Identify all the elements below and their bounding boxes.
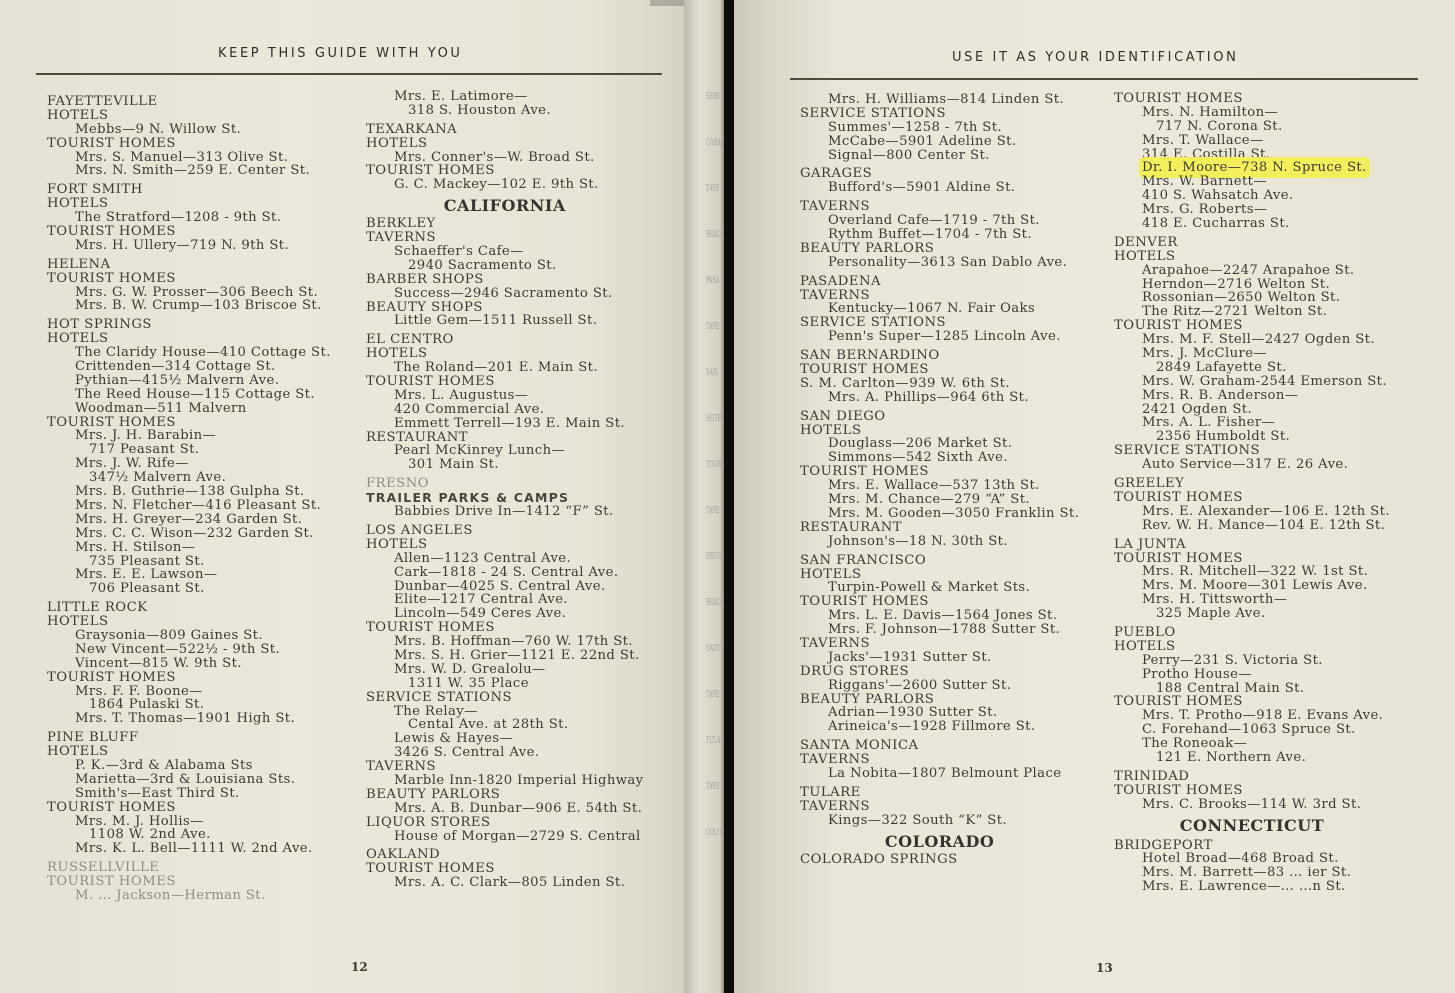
line-text: Mrs. W. D. Grealolu— bbox=[394, 662, 546, 677]
line-text: TRINIDAD bbox=[1114, 769, 1189, 784]
listing-entry: Mrs. T. Thomas—1901 High St. bbox=[47, 712, 331, 726]
line-text: Mrs. H. Stilson— bbox=[75, 540, 195, 555]
line-text: Pearl McKinrey Lunch— bbox=[394, 443, 565, 458]
line-text: BRIDGEPORT bbox=[1114, 838, 1213, 853]
line-text: Mrs. A. Phillips—964 6th St. bbox=[828, 390, 1029, 405]
category-heading: TOURIST HOMES bbox=[366, 621, 644, 635]
line-text: Mrs. G. W. Prosser—306 Beech St. bbox=[75, 285, 318, 300]
line-text: Mrs. C. C. Wison—232 Garden St. bbox=[75, 526, 314, 541]
right-column-1: Mrs. H. Williams—814 Linden St.SERVICE S… bbox=[800, 93, 1079, 866]
line-text: LA JUNTA bbox=[1114, 537, 1186, 552]
category-heading: TAVERNS bbox=[800, 753, 1079, 767]
city-heading: TULARE bbox=[800, 786, 1079, 800]
category-heading: TAVERNS bbox=[366, 760, 644, 774]
listing-entry: Vincent—815 W. 9th St. bbox=[47, 657, 331, 671]
bleed-word: TAVE bbox=[706, 320, 723, 335]
listing-entry: Jacks'—1931 Sutter St. bbox=[800, 651, 1079, 665]
category-heading: TOURIST HOMES bbox=[47, 801, 331, 815]
listing-entry: Mrs. N. Hamilton— bbox=[1114, 106, 1390, 120]
listing-entry: New Vincent—522½ - 9th St. bbox=[47, 643, 331, 657]
listing-entry: Rev. W. H. Mance—104 E. 12th St. bbox=[1114, 519, 1390, 533]
line-text: Kentucky—1067 N. Fair Oaks bbox=[828, 301, 1035, 316]
line-text: SANTA MONICA bbox=[800, 738, 919, 753]
category-heading: TOURIST HOMES bbox=[47, 875, 331, 889]
listing-entry: Mrs. J. H. Barabin— bbox=[47, 429, 331, 443]
listing-entry: Mrs. H. Williams—814 Linden St. bbox=[800, 93, 1079, 107]
listing-entry: Kentucky—1067 N. Fair Oaks bbox=[800, 302, 1079, 316]
line-text: Mrs. Conner's—W. Broad St. bbox=[394, 150, 595, 165]
line-text: Mrs. J. H. Barabin— bbox=[75, 428, 216, 443]
city-heading: BRIDGEPORT bbox=[1114, 839, 1390, 853]
listing-entry: Crittenden—314 Cottage St. bbox=[47, 360, 331, 374]
line-text: Mrs. L. E. Davis—1564 Jones St. bbox=[828, 608, 1057, 623]
line-text: TOURIST HOMES bbox=[1114, 91, 1243, 106]
line-text: Mrs. T. Protho—918 E. Evans Ave. bbox=[1142, 708, 1383, 723]
line-text: FORT SMITH bbox=[47, 182, 143, 197]
line-text: HOTELS bbox=[800, 567, 862, 582]
listing-entry: The Roneoak— bbox=[1114, 737, 1390, 751]
line-text: COLORADO SPRINGS bbox=[800, 852, 958, 867]
listing-entry: Mrs. A. C. Clark—805 Linden St. bbox=[366, 876, 644, 890]
listing-entry: Mrs. J. McClure— bbox=[1114, 347, 1390, 361]
line-text: 188 Central Main St. bbox=[1156, 681, 1304, 696]
bleed-word: PASA bbox=[706, 274, 723, 289]
category-heading: HOTELS bbox=[366, 137, 644, 151]
category-heading: HOTELS bbox=[47, 109, 331, 123]
listing-entry: Arineica's—1928 Fillmore St. bbox=[800, 720, 1079, 734]
listing-entry: Douglass—206 Market St. bbox=[800, 437, 1079, 451]
listing-entry: Perry—231 S. Victoria St. bbox=[1114, 654, 1390, 668]
line-text: Rev. W. H. Mance—104 E. 12th St. bbox=[1142, 518, 1385, 533]
left-column-2: Mrs. E. Latimore—318 S. Houston Ave.TEXA… bbox=[366, 90, 644, 890]
listing-entry: The Reed House—115 Cottage St. bbox=[47, 388, 331, 402]
line-text: Mrs. K. L. Bell—1111 W. 2nd Ave. bbox=[75, 841, 313, 856]
line-text: DENVER bbox=[1114, 235, 1178, 250]
line-text: The Relay— bbox=[394, 704, 478, 719]
category-heading: HOTELS bbox=[366, 538, 644, 552]
line-text: Mrs. A. L. Fisher— bbox=[1142, 415, 1275, 430]
line-text: Personality—3613 San Dablo Ave. bbox=[828, 255, 1067, 270]
left-page: KEEP THIS GUIDE WITH YOU FAYETTEVILLEHOT… bbox=[0, 0, 724, 993]
line-text: Lincoln—549 Ceres Ave. bbox=[394, 606, 566, 621]
city-heading: PASADENA bbox=[800, 275, 1079, 289]
line-text: TULARE bbox=[800, 785, 861, 800]
listing-entry: Lincoln—549 Ceres Ave. bbox=[366, 607, 644, 621]
category-heading: TOURIST HOMES bbox=[47, 137, 331, 151]
listing-entry: Success—2946 Sacramento St. bbox=[366, 287, 644, 301]
line-text: TAVERNS bbox=[366, 759, 436, 774]
gutter-gap bbox=[724, 0, 734, 993]
listing-entry: Schaeffer's Cafe— bbox=[366, 245, 644, 259]
line-text: LOS ANGELES bbox=[366, 523, 473, 538]
line-text: SERVICE STATIONS bbox=[1114, 443, 1260, 458]
bleed-word: COLO bbox=[706, 826, 723, 841]
listing-entry: Dunbar—4025 S. Central Ave. bbox=[366, 580, 644, 594]
line-text: Mrs. B. Guthrie—138 Gulpha St. bbox=[75, 484, 305, 499]
line-text: BERKLEY bbox=[366, 216, 436, 231]
line-text: HOTELS bbox=[1114, 249, 1176, 264]
line-text: PASADENA bbox=[800, 274, 881, 289]
line-text: Douglass—206 Market St. bbox=[828, 436, 1012, 451]
city-heading: GREELEY bbox=[1114, 477, 1390, 491]
city-heading: FORT SMITH bbox=[47, 183, 331, 197]
listing-entry: Mrs. E. E. Lawson— bbox=[47, 568, 331, 582]
listing-entry: 410 S. Wahsatch Ave. bbox=[1114, 189, 1390, 203]
listing-address: 2356 Humboldt St. bbox=[1114, 430, 1390, 444]
listing-entry: Johnson's—18 N. 30th St. bbox=[800, 535, 1079, 549]
line-text: HOTELS bbox=[47, 331, 109, 346]
bleed-word: SANT bbox=[706, 642, 723, 657]
category-heading: TOURIST HOMES bbox=[366, 375, 644, 389]
line-text: Mrs. H. Tittsworth— bbox=[1142, 592, 1287, 607]
line-text: BEAUTY PARLORS bbox=[800, 241, 934, 256]
listing-address: 347½ Malvern Ave. bbox=[47, 471, 331, 485]
category-heading: DRUG STORES bbox=[800, 665, 1079, 679]
city-heading: EL CENTRO bbox=[366, 333, 644, 347]
category-heading: TRAILER PARKS & CAMPS bbox=[366, 491, 644, 505]
running-head-right: USE IT AS YOUR IDENTIFICATION bbox=[952, 50, 1238, 65]
category-heading: TOURIST HOMES bbox=[1114, 491, 1390, 505]
listing-entry: Mrs. F. Johnson—1788 Sutter St. bbox=[800, 623, 1079, 637]
header-rule-left bbox=[36, 73, 662, 75]
line-text: Adrian—1930 Sutter St. bbox=[828, 705, 998, 720]
bleed-word: BEAU bbox=[706, 228, 723, 243]
line-text: TOURIST HOMES bbox=[366, 620, 495, 635]
line-text: TOURIST HOMES bbox=[1114, 318, 1243, 333]
line-text: TOURIST HOMES bbox=[47, 224, 176, 239]
line-text: Mrs. M. F. Stell—2427 Ogden St. bbox=[1142, 332, 1375, 347]
listing-address: 188 Central Main St. bbox=[1114, 682, 1390, 696]
city-heading: PINE BLUFF bbox=[47, 731, 331, 745]
line-text: Mrs. E. Lawrence—… …n St. bbox=[1142, 879, 1346, 894]
listing-entry: Marble Inn-1820 Imperial Highway bbox=[366, 774, 644, 788]
line-text: Vincent—815 W. 9th St. bbox=[75, 656, 242, 671]
line-text: Herndon—2716 Welton St. bbox=[1142, 277, 1330, 292]
line-text: Mrs. B. Hoffman—760 W. 17th St. bbox=[394, 634, 633, 649]
line-text: McCabe—5901 Adeline St. bbox=[828, 134, 1016, 149]
line-text: Mrs. B. W. Crump—103 Briscoe St. bbox=[75, 298, 322, 313]
line-text: GARAGES bbox=[800, 166, 872, 181]
line-text: 301 Main St. bbox=[408, 457, 499, 472]
category-heading: HOTELS bbox=[1114, 640, 1390, 654]
line-text: Dunbar—4025 S. Central Ave. bbox=[394, 579, 606, 594]
line-text: Penn's Super—1285 Lincoln Ave. bbox=[828, 329, 1061, 344]
line-text: Success—2946 Sacramento St. bbox=[394, 286, 613, 301]
listing-entry: M. … Jackson—Herman St. bbox=[47, 889, 331, 903]
line-text: HOTELS bbox=[47, 108, 109, 123]
line-text: Mrs. G. Roberts— bbox=[1142, 202, 1267, 217]
line-text: 1311 W. 35 Place bbox=[408, 676, 529, 691]
line-text: Mrs. W. Barnett— bbox=[1142, 174, 1267, 189]
category-heading: TOURIST HOMES bbox=[47, 671, 331, 685]
line-text: Mrs. E. Latimore— bbox=[394, 89, 528, 104]
line-text: The Roneoak— bbox=[1142, 736, 1247, 751]
listing-entry: Mrs. E. Alexander—106 E. 12th St. bbox=[1114, 505, 1390, 519]
line-text: Turpin-Powell & Market Sts. bbox=[828, 580, 1030, 595]
state-heading: CONNECTICUT bbox=[1114, 817, 1390, 834]
line-text: PINE BLUFF bbox=[47, 730, 139, 745]
listing-entry: Pearl McKinrey Lunch— bbox=[366, 444, 644, 458]
listing-address: 325 Maple Ave. bbox=[1114, 607, 1390, 621]
line-text: Marble Inn-1820 Imperial Highway bbox=[394, 773, 644, 788]
line-text: RESTAURANT bbox=[800, 520, 902, 535]
listing-entry: Pythian—415½ Malvern Ave. bbox=[47, 374, 331, 388]
listing-entry: Mrs. L. Augustus— bbox=[366, 389, 644, 403]
line-text: HOTELS bbox=[1114, 639, 1176, 654]
listing-entry: Mrs. K. L. Bell—1111 W. 2nd Ave. bbox=[47, 842, 331, 856]
line-text: Mrs. M. Barrett—83 … ier St. bbox=[1142, 865, 1351, 880]
line-text: TAVERNS bbox=[800, 799, 870, 814]
bleed-word: SAN bbox=[706, 366, 723, 381]
city-heading: HELENA bbox=[47, 258, 331, 272]
line-text: Babbies Drive In—1412 “F” St. bbox=[394, 504, 614, 519]
listing-entry: Mrs. H. Ullery—719 N. 9th St. bbox=[47, 239, 331, 253]
line-text: Hotel Broad—468 Broad St. bbox=[1142, 851, 1339, 866]
line-text: SAN FRANCISCO bbox=[800, 553, 926, 568]
line-text: Pythian—415½ Malvern Ave. bbox=[75, 373, 279, 388]
line-text: 410 S. Wahsatch Ave. bbox=[1142, 188, 1294, 203]
line-text: Mrs. H. Greyer—234 Garden St. bbox=[75, 512, 302, 527]
line-text: Marietta—3rd & Louisiana Sts. bbox=[75, 772, 295, 787]
city-heading: OAKLAND bbox=[366, 848, 644, 862]
listing-entry: Mrs. C. C. Wison—232 Garden St. bbox=[47, 527, 331, 541]
listing-entry: The Ritz—2721 Welton St. bbox=[1114, 305, 1390, 319]
listing-entry: Mrs. B. Guthrie—138 Gulpha St. bbox=[47, 485, 331, 499]
listing-entry: Little Gem—1511 Russell St. bbox=[366, 314, 644, 328]
bleed-word: TAVE bbox=[706, 688, 723, 703]
line-text: TAVERNS bbox=[800, 288, 870, 303]
line-text: HOT SPRINGS bbox=[47, 317, 152, 332]
category-heading: BEAUTY PARLORS bbox=[800, 693, 1079, 707]
listing-address: 1311 W. 35 Place bbox=[366, 677, 644, 691]
line-text: Mrs. E. E. Lawson— bbox=[75, 567, 217, 582]
listing-entry: Protho House— bbox=[1114, 668, 1390, 682]
listing-entry: Bufford's—5901 Aldine St. bbox=[800, 181, 1079, 195]
city-heading: SAN FRANCISCO bbox=[800, 554, 1079, 568]
category-heading: BEAUTY PARLORS bbox=[366, 788, 644, 802]
listing-entry: The Claridy House—410 Cottage St. bbox=[47, 346, 331, 360]
listing-entry: Simmons—542 Sixth Ave. bbox=[800, 451, 1079, 465]
listing-entry: Riggans'—2600 Sutter St. bbox=[800, 679, 1079, 693]
line-text: Mrs. M. J. Hollis— bbox=[75, 814, 204, 829]
line-text: LITTLE ROCK bbox=[47, 600, 148, 615]
category-heading: TOURIST HOMES bbox=[1114, 319, 1390, 333]
left-column-1: FAYETTEVILLEHOTELSMebbs—9 N. Willow St.T… bbox=[47, 90, 331, 903]
bleed-word: TAVE bbox=[706, 182, 723, 197]
line-text: Rossonian—2650 Welton St. bbox=[1142, 290, 1340, 305]
line-text: TOURIST HOMES bbox=[1114, 551, 1243, 566]
listing-entry: Mrs. F. F. Boone— bbox=[47, 685, 331, 699]
city-heading: FRESNO bbox=[366, 477, 644, 491]
line-text: Mrs. N. Hamilton— bbox=[1142, 105, 1278, 120]
line-text: HOTELS bbox=[47, 614, 109, 629]
listing-entry: House of Morgan—2729 S. Central bbox=[366, 830, 644, 844]
line-text: TEXARKANA bbox=[366, 122, 457, 137]
line-text: Mrs. J. McClure— bbox=[1142, 346, 1267, 361]
listing-address: 2940 Sacramento St. bbox=[366, 259, 644, 273]
bleed-word: GARA bbox=[706, 136, 723, 151]
right-column-2: TOURIST HOMESMrs. N. Hamilton—717 N. Cor… bbox=[1114, 92, 1390, 894]
line-text: SERVICE STATIONS bbox=[366, 690, 512, 705]
listing-entry: Hotel Broad—468 Broad St. bbox=[1114, 852, 1390, 866]
listing-entry: Mrs. A. Phillips—964 6th St. bbox=[800, 391, 1079, 405]
line-text: Protho House— bbox=[1142, 667, 1252, 682]
listing-entry: Babbies Drive In—1412 “F” St. bbox=[366, 505, 644, 519]
line-text: HOTELS bbox=[366, 136, 428, 151]
line-text: TOURIST HOMES bbox=[800, 594, 929, 609]
listing-entry: Lewis & Hayes— bbox=[366, 732, 644, 746]
listing-address: 717 N. Corona St. bbox=[1114, 120, 1390, 134]
listing-entry: Mrs. G. W. Prosser—306 Beech St. bbox=[47, 286, 331, 300]
line-text: Mrs. S. H. Grier—1121 E. 22nd St. bbox=[394, 648, 640, 663]
city-heading: HOT SPRINGS bbox=[47, 318, 331, 332]
listing-entry: Mrs. H. Stilson— bbox=[47, 541, 331, 555]
line-text: Schaeffer's Cafe— bbox=[394, 244, 524, 259]
city-heading: RUSSELLVILLE bbox=[47, 861, 331, 875]
category-heading: RESTAURANT bbox=[366, 431, 644, 445]
line-text: Dr. I. Moore—738 N. Spruce St. bbox=[1142, 160, 1367, 175]
line-text: TOURIST HOMES bbox=[800, 464, 929, 479]
listing-entry: Arapahoe—2247 Arapahoe St. bbox=[1114, 264, 1390, 278]
listing-entry: Rythm Buffet—1704 - 7th St. bbox=[800, 228, 1079, 242]
listing-entry: Mrs. R. B. Anderson— bbox=[1114, 389, 1390, 403]
line-text: Mrs. M. Gooden—3050 Franklin St. bbox=[828, 506, 1079, 521]
category-heading: TOURIST HOMES bbox=[800, 465, 1079, 479]
line-text: Crittenden—314 Cottage St. bbox=[75, 359, 276, 374]
category-heading: BEAUTY SHOPS bbox=[366, 301, 644, 315]
line-text: TOURIST HOMES bbox=[47, 415, 176, 430]
listing-entry: Penn's Super—1285 Lincoln Ave. bbox=[800, 330, 1079, 344]
line-text: FAYETTEVILLE bbox=[47, 94, 158, 109]
line-text: 2421 Ogden St. bbox=[1142, 402, 1252, 417]
line-text: Bufford's—5901 Aldine St. bbox=[828, 180, 1015, 195]
listing-entry: Mrs. S. H. Grier—1121 E. 22nd St. bbox=[366, 649, 644, 663]
header-rule-right bbox=[790, 78, 1418, 80]
state-heading: COLORADO bbox=[800, 833, 1079, 850]
line-text: TOURIST HOMES bbox=[366, 163, 495, 178]
line-text: 418 E. Cucharras St. bbox=[1142, 216, 1290, 231]
listing-entry: 420 Commercial Ave. bbox=[366, 403, 644, 417]
line-text: Graysonia—809 Gaines St. bbox=[75, 628, 263, 643]
category-heading: TOURIST HOMES bbox=[1114, 552, 1390, 566]
city-heading: TEXARKANA bbox=[366, 123, 644, 137]
bleed-word: DRUG bbox=[706, 550, 723, 565]
line-text: 121 E. Northern Ave. bbox=[1156, 750, 1306, 765]
line-text: The Stratford—1208 - 9th St. bbox=[75, 210, 281, 225]
line-text: 2940 Sacramento St. bbox=[408, 258, 557, 273]
listing-entry: Herndon—2716 Welton St. bbox=[1114, 278, 1390, 292]
listing-address: Cental Ave. at 28th St. bbox=[366, 718, 644, 732]
listing-entry: Mrs. L. E. Davis—1564 Jones St. bbox=[800, 609, 1079, 623]
line-text: The Roland—201 E. Main St. bbox=[394, 360, 598, 375]
category-heading: BEAUTY PARLORS bbox=[800, 242, 1079, 256]
line-text: Cark—1818 - 24 S. Central Ave. bbox=[394, 565, 618, 580]
line-text: 1108 W. 2nd Ave. bbox=[89, 827, 211, 842]
line-text: Mrs. A. B. Dunbar—906 E. 54th St. bbox=[394, 801, 642, 816]
category-heading: TOURIST HOMES bbox=[47, 272, 331, 286]
line-text: Mrs. H. Williams—814 Linden St. bbox=[828, 92, 1064, 107]
line-text: The Reed House—115 Cottage St. bbox=[75, 387, 315, 402]
city-heading: FAYETTEVILLE bbox=[47, 95, 331, 109]
category-heading: COLORADO SPRINGS bbox=[800, 853, 1079, 867]
listing-entry: Mrs. B. W. Crump—103 Briscoe St. bbox=[47, 299, 331, 313]
highlighted-listing: Dr. I. Moore—738 N. Spruce St. bbox=[1114, 161, 1390, 175]
listing-entry: Kings—322 South “K” St. bbox=[800, 814, 1079, 828]
line-text: COLORADO bbox=[885, 832, 994, 851]
listing-address: 2849 Lafayette St. bbox=[1114, 361, 1390, 375]
line-text: PUEBLO bbox=[1114, 625, 1176, 640]
line-text: Mrs. F. F. Boone— bbox=[75, 684, 203, 699]
line-text: SAN DIEGO bbox=[800, 409, 886, 424]
bleed-word: TAVE bbox=[706, 780, 723, 795]
category-heading: TAVERNS bbox=[800, 200, 1079, 214]
line-text: Smith's—East Third St. bbox=[75, 786, 240, 801]
listing-address: 1864 Pulaski St. bbox=[47, 698, 331, 712]
category-heading: BERKLEY bbox=[366, 217, 644, 231]
line-text: 2849 Lafayette St. bbox=[1156, 360, 1287, 375]
line-text: C. Forehand—1063 Spruce St. bbox=[1142, 722, 1356, 737]
listing-entry: Emmett Terrell—193 E. Main St. bbox=[366, 417, 644, 431]
line-text: Mrs. M. Moore—301 Lewis Ave. bbox=[1142, 578, 1368, 593]
line-text: Mrs. M. Chance—279 “A” St. bbox=[828, 492, 1030, 507]
line-text: TOURIST HOMES bbox=[1114, 783, 1243, 798]
line-text: Johnson's—18 N. 30th St. bbox=[828, 534, 1008, 549]
city-heading: SAN BERNARDINO bbox=[800, 349, 1079, 363]
line-text: FRESNO bbox=[366, 476, 429, 491]
line-text: 325 Maple Ave. bbox=[1156, 606, 1265, 621]
line-text: S. M. Carlton—939 W. 6th St. bbox=[800, 376, 1010, 391]
line-text: Mrs. R. B. Anderson— bbox=[1142, 388, 1298, 403]
running-head-left: KEEP THIS GUIDE WITH YOU bbox=[218, 46, 463, 61]
line-text: Mrs. L. Augustus— bbox=[394, 388, 528, 403]
listing-entry: Mrs. W. D. Grealolu— bbox=[366, 663, 644, 677]
line-text: OAKLAND bbox=[366, 847, 440, 862]
listing-entry: Mrs. Conner's—W. Broad St. bbox=[366, 151, 644, 165]
category-heading: HOTELS bbox=[47, 332, 331, 346]
line-text: Simmons—542 Sixth Ave. bbox=[828, 450, 1008, 465]
listing-address: 1108 W. 2nd Ave. bbox=[47, 828, 331, 842]
line-text: Little Gem—1511 Russell St. bbox=[394, 313, 597, 328]
category-heading: BARBER SHOPS bbox=[366, 273, 644, 287]
line-text: Mrs. E. Wallace—537 13th St. bbox=[828, 478, 1040, 493]
category-heading: TOURIST HOMES bbox=[47, 225, 331, 239]
line-text: The Claridy House—410 Cottage St. bbox=[75, 345, 331, 360]
listing-entry: P. K.—3rd & Alabama Sts bbox=[47, 759, 331, 773]
listing-entry: Mrs. J. W. Rife— bbox=[47, 457, 331, 471]
category-heading: TOURIST HOMES bbox=[1114, 784, 1390, 798]
line-text: Mrs. R. Mitchell—322 W. 1st St. bbox=[1142, 564, 1368, 579]
category-heading: HOTELS bbox=[800, 568, 1079, 582]
listing-entry: Mrs. H. Greyer—234 Garden St. bbox=[47, 513, 331, 527]
line-text: DRUG STORES bbox=[800, 664, 909, 679]
category-heading: HOTELS bbox=[47, 745, 331, 759]
listing-entry: Mrs. M. Gooden—3050 Franklin St. bbox=[800, 507, 1079, 521]
category-heading: HOTELS bbox=[47, 615, 331, 629]
category-heading: HOTELS bbox=[47, 197, 331, 211]
right-page: USE IT AS YOUR IDENTIFICATION Mrs. H. Wi… bbox=[734, 0, 1455, 993]
listing-entry: Mrs. E. Latimore— bbox=[366, 90, 644, 104]
line-text: EL CENTRO bbox=[366, 332, 454, 347]
line-text: BEAUTY PARLORS bbox=[800, 692, 934, 707]
line-text: Elite—1217 Central Ave. bbox=[394, 592, 568, 607]
category-heading: TOURIST HOMES bbox=[366, 862, 644, 876]
listing-entry: Cark—1818 - 24 S. Central Ave. bbox=[366, 566, 644, 580]
line-text: CALIFORNIA bbox=[444, 196, 566, 215]
bleed-word: BEAU bbox=[706, 596, 723, 611]
listing-entry: Overland Cafe—1719 - 7th St. bbox=[800, 214, 1079, 228]
category-heading: S. M. Carlton—939 W. 6th St. bbox=[800, 377, 1079, 391]
listing-entry: Rossonian—2650 Welton St. bbox=[1114, 291, 1390, 305]
